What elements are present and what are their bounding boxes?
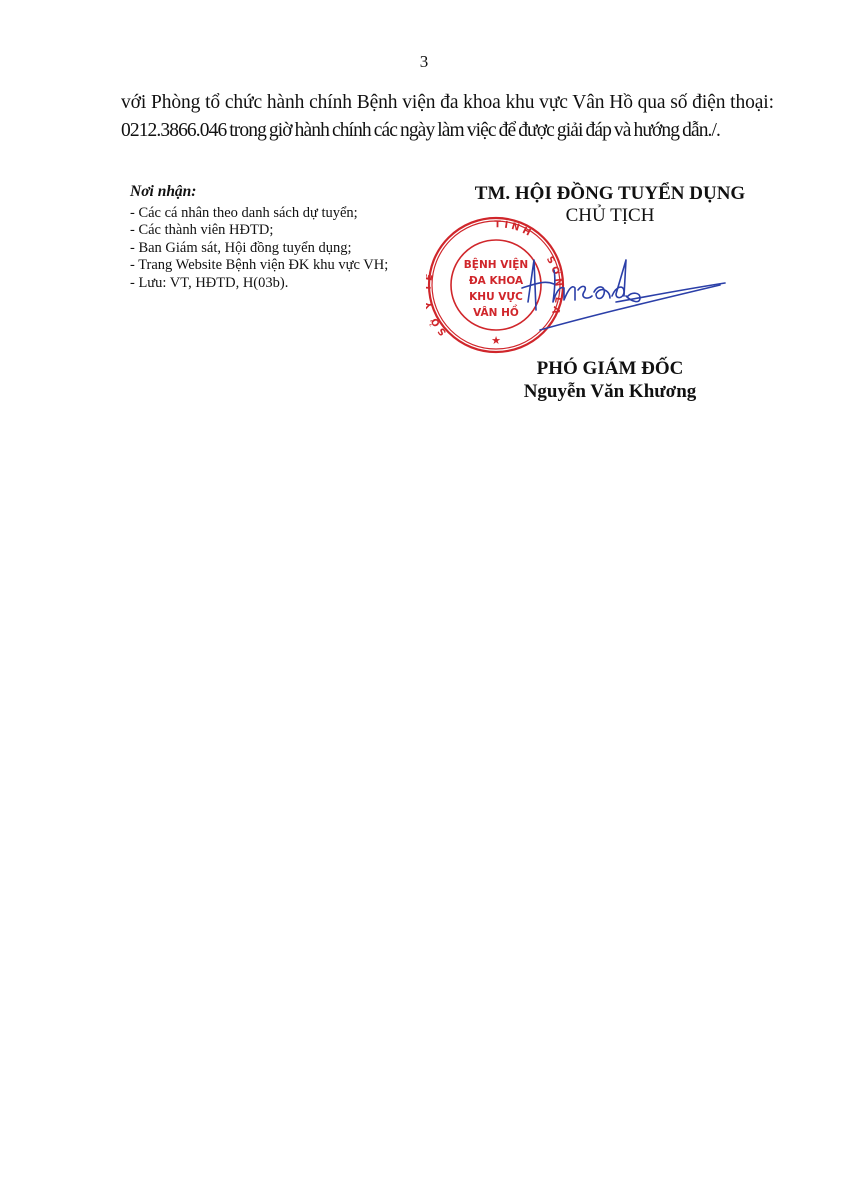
seal-text-left: S Ở Y T Ế <box>426 272 449 337</box>
seal-star-icon: ★ <box>491 334 501 347</box>
body-line: với Phòng tổ chức hành chính Bệnh viện đ… <box>121 89 767 117</box>
body-paragraph: với Phòng tổ chức hành chính Bệnh viện đ… <box>121 89 767 145</box>
seal-text-top: T Ỉ N H <box>494 219 532 239</box>
handwritten-signature-icon <box>520 240 730 340</box>
recipients-list: Nơi nhận: - Các cá nhân theo danh sách d… <box>130 183 388 292</box>
seal-center-line: ĐA KHOA <box>469 275 524 287</box>
recipient-item: - Ban Giám sát, Hội đồng tuyển dụng; <box>130 240 388 258</box>
page-number: 3 <box>0 52 848 72</box>
svg-text:S Ở Y T Ế: S Ở Y T Ế <box>426 272 449 337</box>
recipient-item: - Các thành viên HĐTD; <box>130 222 388 240</box>
seal-center-line: VÂN HỒ <box>473 304 519 319</box>
seal-center-line: BỆNH VIỆN <box>464 258 528 271</box>
recipient-item: - Lưu: VT, HĐTD, H(03b). <box>130 275 388 293</box>
recipients-title: Nơi nhận: <box>130 183 388 201</box>
signer-position: PHÓ GIÁM ĐỐC <box>440 358 780 380</box>
signing-organization: TM. HỘI ĐỒNG TUYỂN DỤNG <box>440 183 780 205</box>
signer-name: Nguyễn Văn Khương <box>440 381 780 403</box>
recipient-item: - Trang Website Bệnh viện ĐK khu vực VH; <box>130 257 388 275</box>
body-line: 0212.3866.046 trong giờ hành chính các n… <box>121 117 767 145</box>
seal-center-line: KHU VỰC <box>469 291 523 303</box>
recipient-item: - Các cá nhân theo danh sách dự tuyển; <box>130 205 388 223</box>
svg-text:T Ỉ N H: T Ỉ N H <box>494 219 532 239</box>
